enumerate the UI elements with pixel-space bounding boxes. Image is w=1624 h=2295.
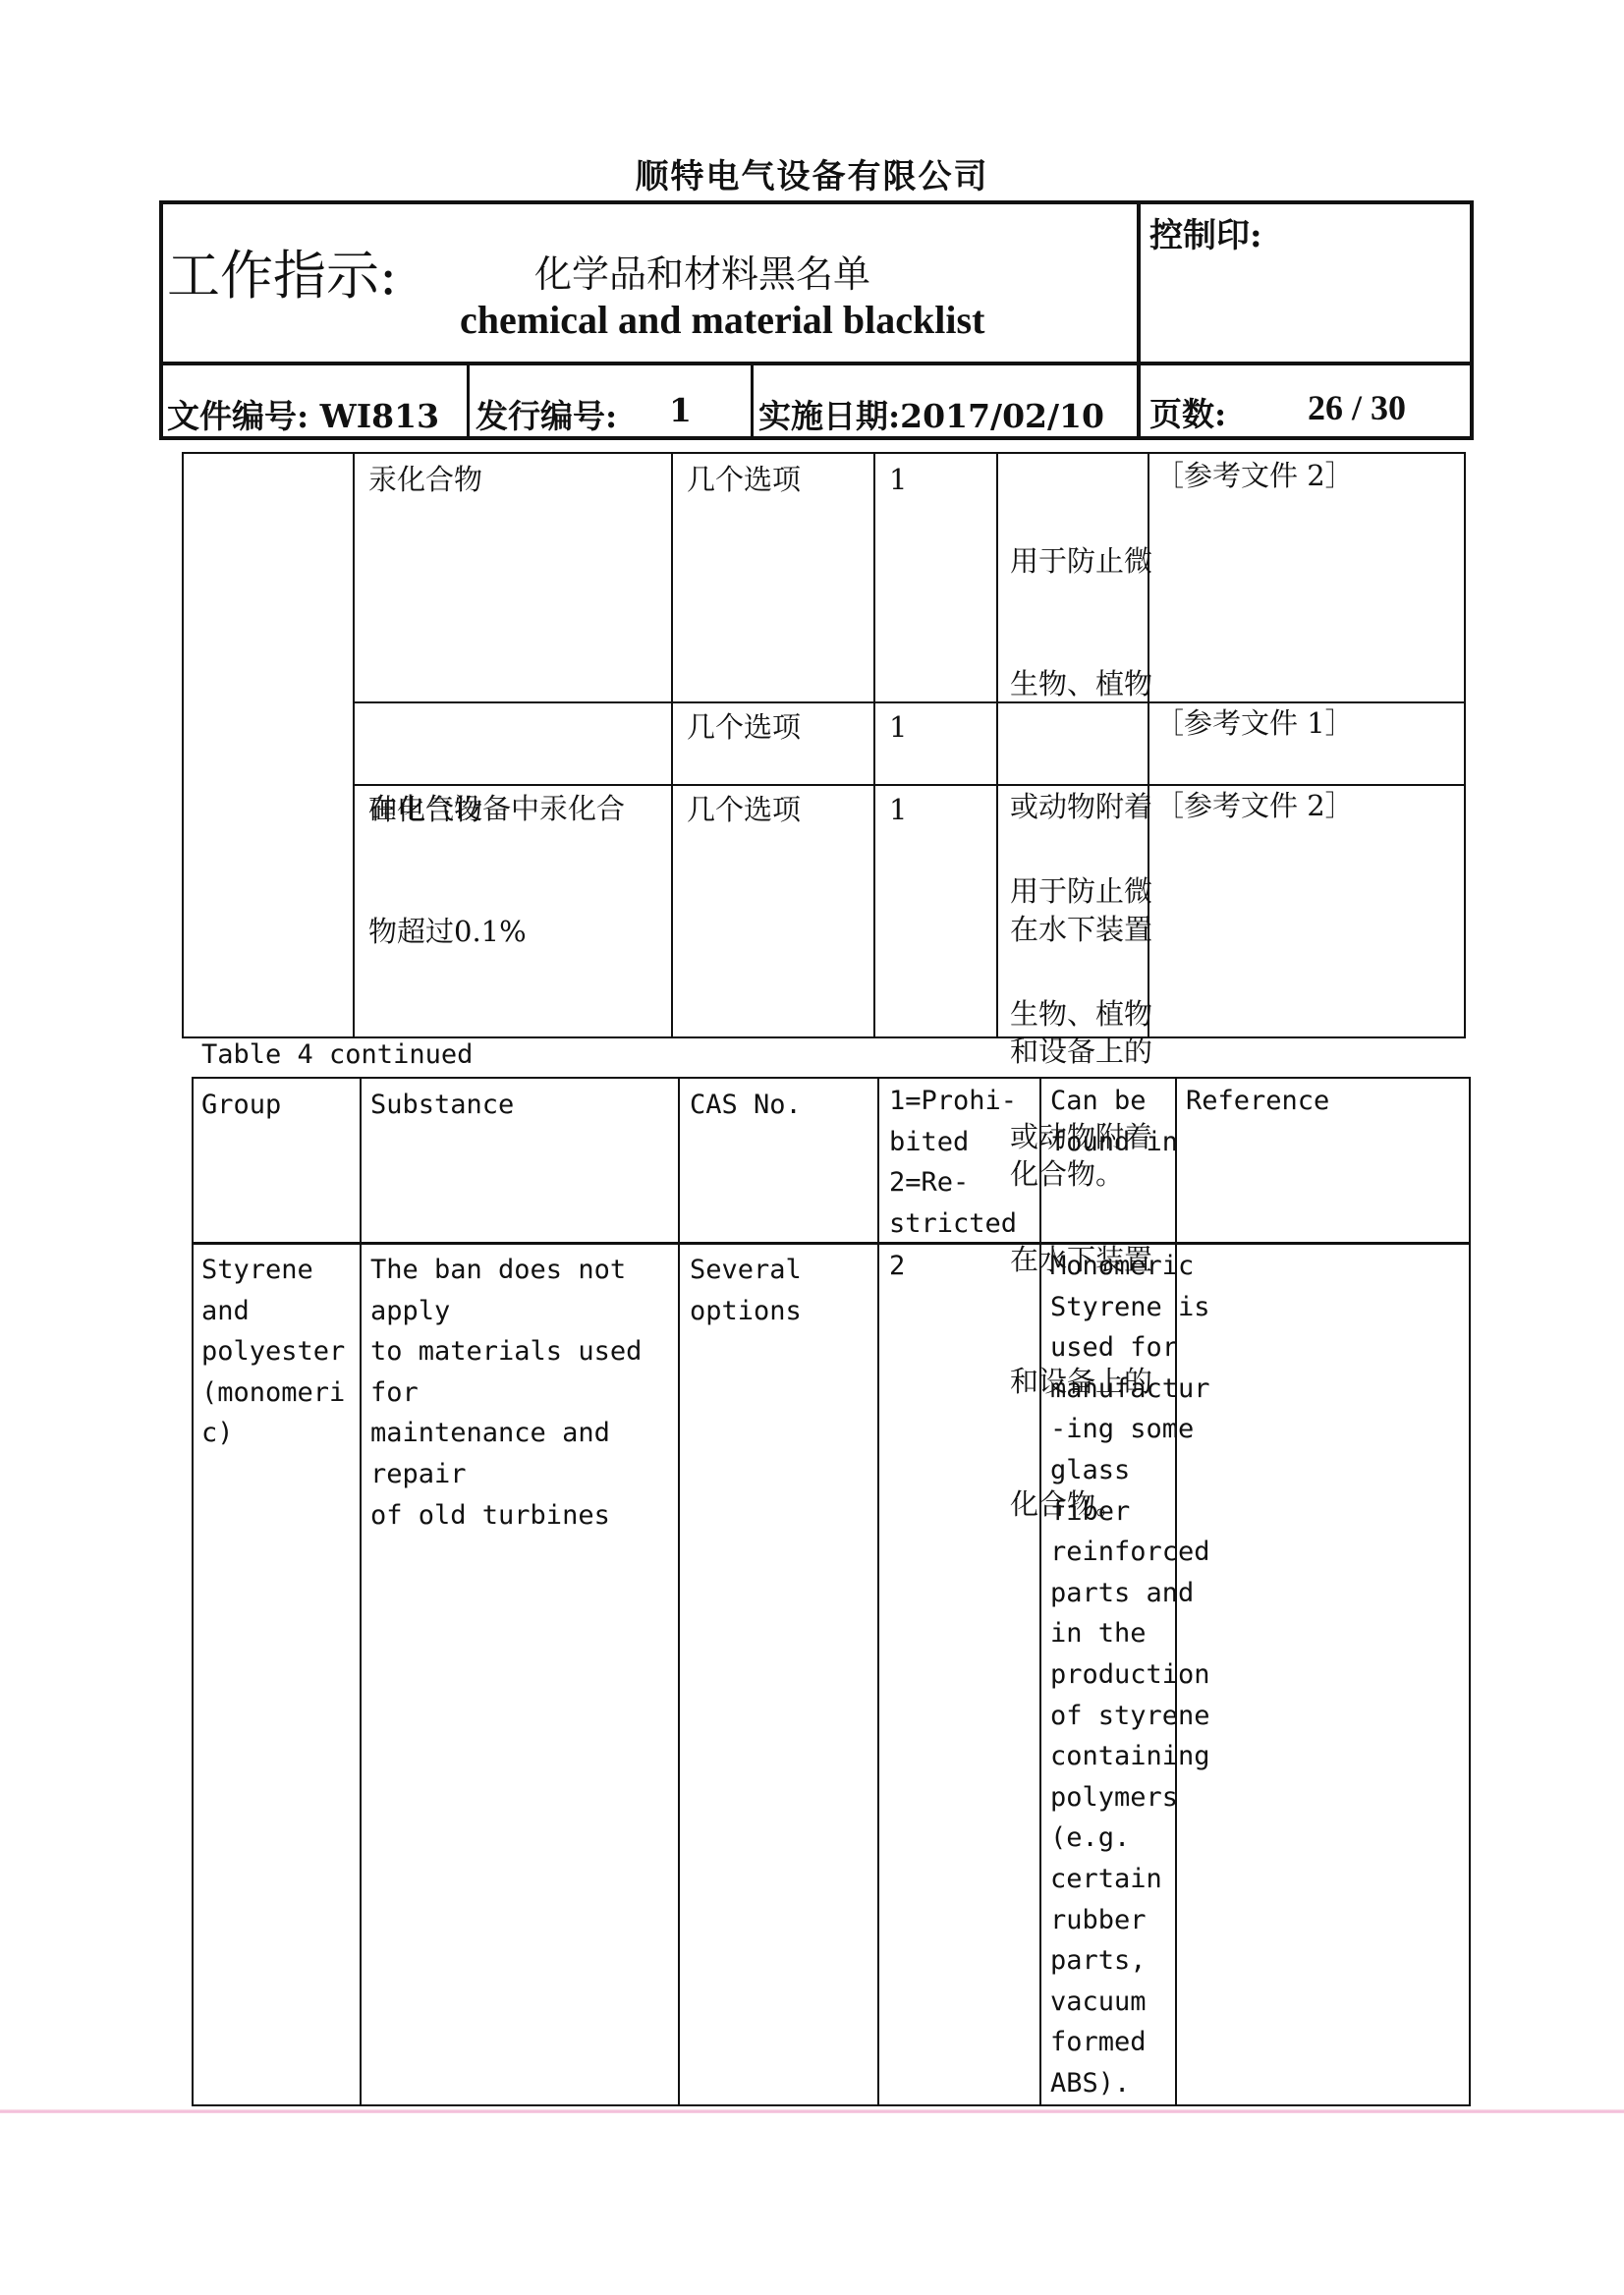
found-in-line: 用于防止微	[1010, 871, 1152, 913]
issue-number-label: 发行编号:	[476, 391, 617, 437]
reference-cell: ［参考文件 2］	[1155, 786, 1354, 827]
header-divider	[163, 362, 1470, 365]
title-english: chemical and material blacklist	[460, 297, 984, 343]
found-in-cell: Monomeric Styrene is used for manufactur…	[1050, 1246, 1210, 2103]
scan-artifact-line	[0, 2109, 1624, 2113]
title-chinese: 化学品和材料黑名单	[534, 244, 870, 298]
column-divider	[873, 454, 875, 1036]
group-cell: Styrene and polyester (monomeri c)	[201, 1250, 345, 1454]
substance-cell: The ban does not apply to materials used…	[370, 1250, 642, 1536]
column-divider	[877, 1079, 879, 2104]
issue-number: 1	[669, 391, 692, 429]
header-divider	[1137, 204, 1141, 436]
column-header-reference: Reference	[1186, 1081, 1329, 1122]
column-header-substance: Substance	[370, 1085, 514, 1126]
header-divider	[751, 364, 754, 436]
column-header-code: 1=Prohi- bited 2=Re- stricted	[889, 1081, 1017, 1244]
column-header-found-in: Can be found in	[1050, 1081, 1178, 1162]
code-cell: 2	[889, 1246, 905, 1287]
found-in-line: 用于防止微	[1010, 541, 1152, 583]
column-header-group: Group	[201, 1085, 281, 1126]
code-cell: 1	[889, 460, 907, 501]
cas-cell: 几个选项	[687, 460, 801, 501]
page-value: 26 / 30	[1308, 387, 1406, 428]
header-divider	[467, 364, 470, 436]
column-divider	[360, 1079, 362, 2104]
page-label: 页数:	[1149, 389, 1226, 435]
substance-cell: 砷化合物	[368, 790, 482, 831]
column-divider	[671, 454, 673, 1036]
code-cell: 1	[889, 707, 907, 749]
table-caption: Table 4 continued	[201, 1039, 473, 1070]
doc-type-label: 工作指示:	[167, 234, 397, 309]
column-header-cas: CAS No.	[690, 1085, 802, 1126]
column-divider	[678, 1079, 680, 2104]
column-divider	[1039, 1079, 1041, 2104]
found-in-line: 生物、植物	[1010, 664, 1152, 705]
table-top: 汞化合物 几个选项 1 用于防止微 生物、植物 或动物附着 在水下装置 和设备上…	[182, 452, 1466, 1038]
company-name: 顺特电气设备有限公司	[0, 149, 1624, 197]
header-row-divider	[194, 1242, 1469, 1245]
substance-line: 物超过0.1%	[368, 912, 625, 953]
reference-cell: ［参考文件 2］	[1155, 456, 1354, 497]
column-divider	[353, 454, 355, 1036]
cas-cell: 几个选项	[687, 707, 801, 749]
control-stamp-label: 控制印:	[1149, 208, 1262, 256]
column-divider	[996, 454, 998, 1036]
found-in-line: 生物、植物	[1010, 994, 1152, 1036]
document-header-box: 工作指示: 化学品和材料黑名单 chemical and material bl…	[159, 200, 1474, 440]
cas-cell: 几个选项	[687, 790, 801, 831]
doc-number: 文件编号: WI813	[167, 391, 439, 437]
reference-cell: ［参考文件 1］	[1155, 703, 1354, 745]
table-bottom: Group Substance CAS No. 1=Prohi- bited 2…	[192, 1077, 1471, 2106]
effective-date: 实施日期:2017/02/10	[758, 391, 1104, 437]
substance-cell: 在电气设备中汞化合 物超过0.1%	[368, 707, 625, 1035]
code-cell: 1	[889, 790, 907, 831]
substance-cell: 汞化合物	[368, 460, 482, 501]
cas-cell: Several options	[690, 1250, 802, 1331]
